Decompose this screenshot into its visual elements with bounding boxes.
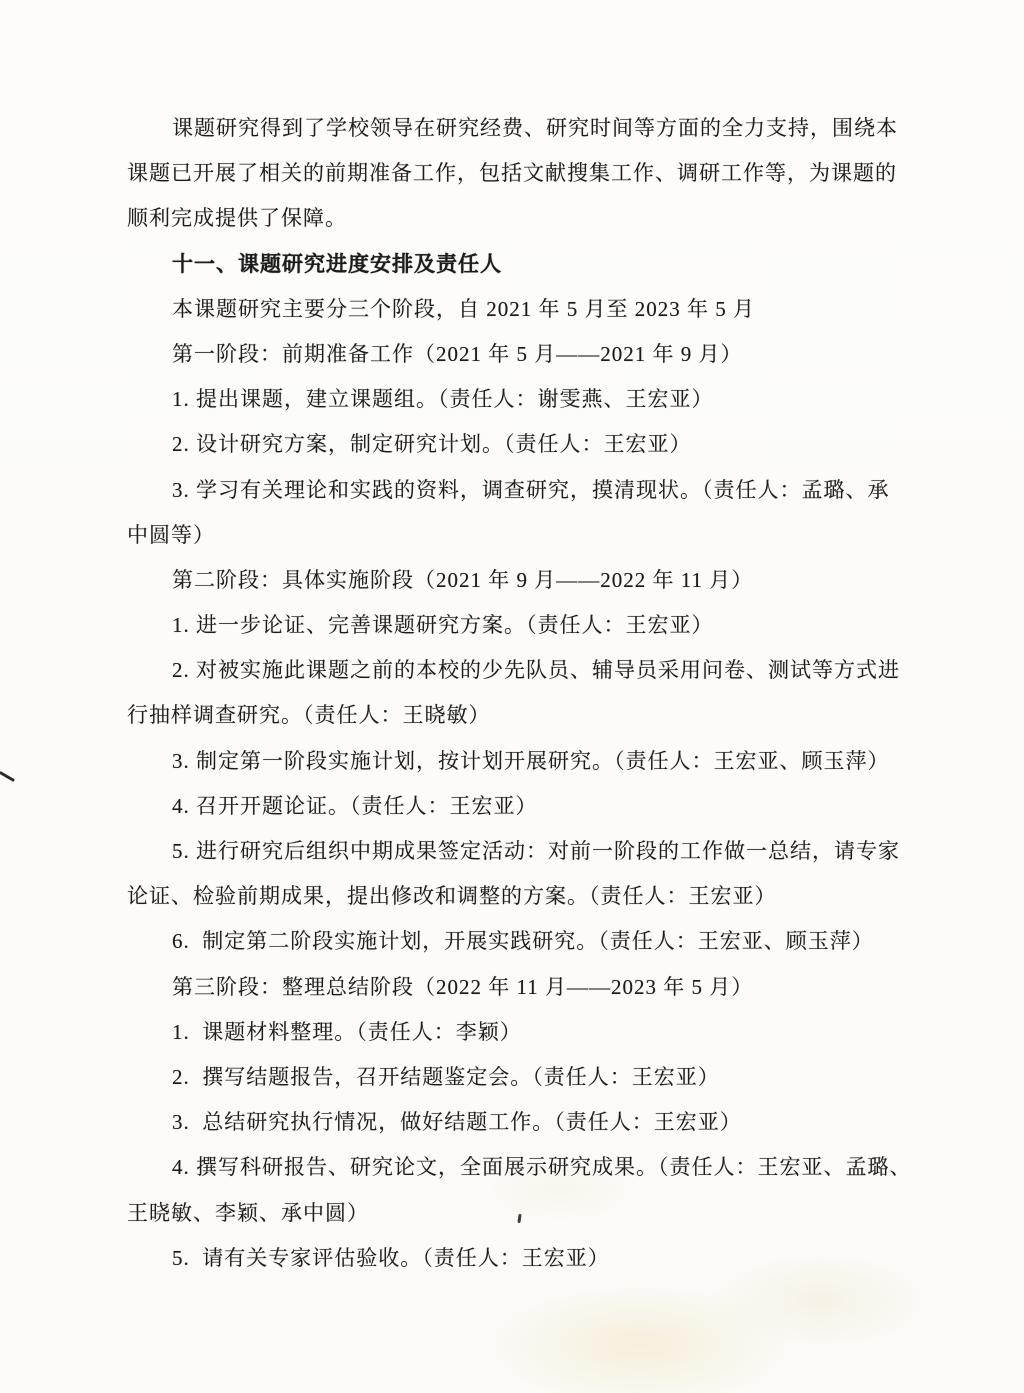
task-item: 6. 制定第二阶段实施计划，开展实践研究。（责任人：王宏亚、顾玉萍） bbox=[127, 919, 907, 964]
task-item: 3. 制定第一阶段实施计划，按计划开展研究。（责任人：王宏亚、顾玉萍） bbox=[127, 739, 907, 784]
task-item: 3. 学习有关理论和实践的资料，调查研究，摸清现状。（责任人：孟璐、承 bbox=[127, 468, 907, 513]
task-item: 5. 进行研究后组织中期成果签定活动：对前一阶段的工作做一总结，请专家 bbox=[127, 829, 907, 874]
pen-mark-artifact bbox=[0, 768, 20, 788]
paragraph-line: 课题研究得到了学校领导在研究经费、研究时间等方面的全力支持，围绕本 bbox=[127, 106, 907, 151]
paragraph-line: 顺利完成提供了保障。 bbox=[127, 196, 907, 241]
task-item: 1. 进一步论证、完善课题研究方案。（责任人：王宏亚） bbox=[127, 603, 907, 648]
paragraph-line: 课题已开展了相关的前期准备工作，包括文献搜集工作、调研工作等，为课题的 bbox=[127, 151, 907, 196]
paragraph-line: 本课题研究主要分三个阶段，自 2021 年 5 月至 2023 年 5 月 bbox=[127, 287, 907, 332]
task-item: 2. 设计研究方案，制定研究计划。（责任人：王宏亚） bbox=[127, 422, 907, 467]
task-item: 1. 提出课题，建立课题组。（责任人：谢雯燕、王宏亚） bbox=[127, 377, 907, 422]
task-item: 2. 撰写结题报告，召开结题鉴定会。（责任人：王宏亚） bbox=[127, 1055, 907, 1100]
task-item-continuation: 论证、检验前期成果，提出修改和调整的方案。（责任人：王宏亚） bbox=[127, 874, 907, 919]
task-item-continuation: 行抽样调查研究。（责任人：王晓敏） bbox=[127, 693, 907, 738]
phase-heading: 第一阶段：前期准备工作（2021 年 5 月——2021 年 9 月） bbox=[127, 332, 907, 377]
task-item-continuation: 中圆等） bbox=[127, 513, 907, 558]
section-heading: 十一、课题研究进度安排及责任人 bbox=[127, 242, 907, 287]
phase-heading: 第二阶段：具体实施阶段（2021 年 9 月——2022 年 11 月） bbox=[127, 558, 907, 603]
task-item: 4. 撰写科研报告、研究论文，全面展示研究成果。（责任人：王宏亚、孟璐、 bbox=[127, 1145, 907, 1190]
task-item: 4. 召开开题论证。（责任人：王宏亚） bbox=[127, 784, 907, 829]
task-item-continuation: 王晓敏、李颖、承中圆） bbox=[127, 1191, 907, 1236]
phase-heading: 第三阶段：整理总结阶段（2022 年 11 月——2023 年 5 月） bbox=[127, 965, 907, 1010]
document-text-block: 课题研究得到了学校领导在研究经费、研究时间等方面的全力支持，围绕本 课题已开展了… bbox=[127, 106, 907, 1281]
task-item: 2. 对被实施此课题之前的本校的少先队员、辅导员采用问卷、测试等方式进 bbox=[127, 648, 907, 693]
task-item: 3. 总结研究执行情况，做好结题工作。（责任人：王宏亚） bbox=[127, 1100, 907, 1145]
task-item: 5. 请有关专家评估验收。（责任人：王宏亚） bbox=[127, 1236, 907, 1281]
scanned-page: 课题研究得到了学校领导在研究经费、研究时间等方面的全力支持，围绕本 课题已开展了… bbox=[0, 0, 1024, 1393]
task-item: 1. 课题材料整理。（责任人：李颖） bbox=[127, 1010, 907, 1055]
